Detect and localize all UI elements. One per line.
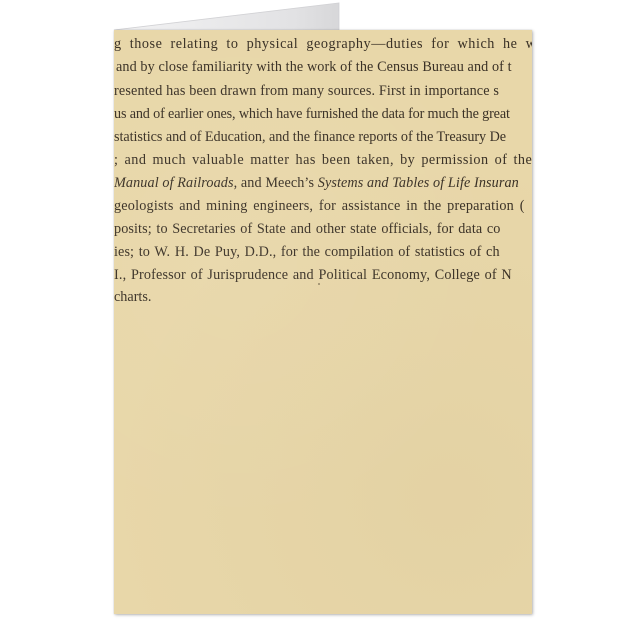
paper-speck: [452, 158, 453, 159]
italic-title-life-insurance: Systems and Tables of Life Insuran: [318, 175, 519, 191]
text-line-6: ; and much valuable matter has been take…: [114, 149, 532, 172]
text-line-1: g those relating to physical geography—d…: [114, 33, 532, 56]
text-line-4: us and of earlier ones, which have furni…: [114, 103, 510, 126]
greeting-card: g those relating to physical geography—d…: [114, 30, 532, 614]
text-line-12: charts.: [114, 286, 151, 309]
text-line-11: I., Professor of Jurisprudence and Polit…: [114, 264, 512, 287]
text-line-5: statistics and of Education, and the fin…: [114, 126, 506, 149]
text-line-7: Manual of Railroads, and Meech’s Systems…: [114, 172, 519, 195]
text-line-3: resented has been drawn from many source…: [114, 80, 499, 103]
text-line-10: ies; to W. H. De Puy, D.D., for the comp…: [114, 241, 500, 264]
text-line-8: geologists and mining engineers, for ass…: [114, 195, 525, 218]
text-line-7-mid: , and Meech’s: [234, 175, 318, 191]
italic-title-manual-of-railroads: Manual of Railroads: [114, 175, 234, 191]
text-line-9: posits; to Secretaries of State and othe…: [114, 218, 501, 241]
paper-speck: [318, 283, 320, 285]
text-line-2: and by close familiarity with the work o…: [116, 56, 512, 79]
